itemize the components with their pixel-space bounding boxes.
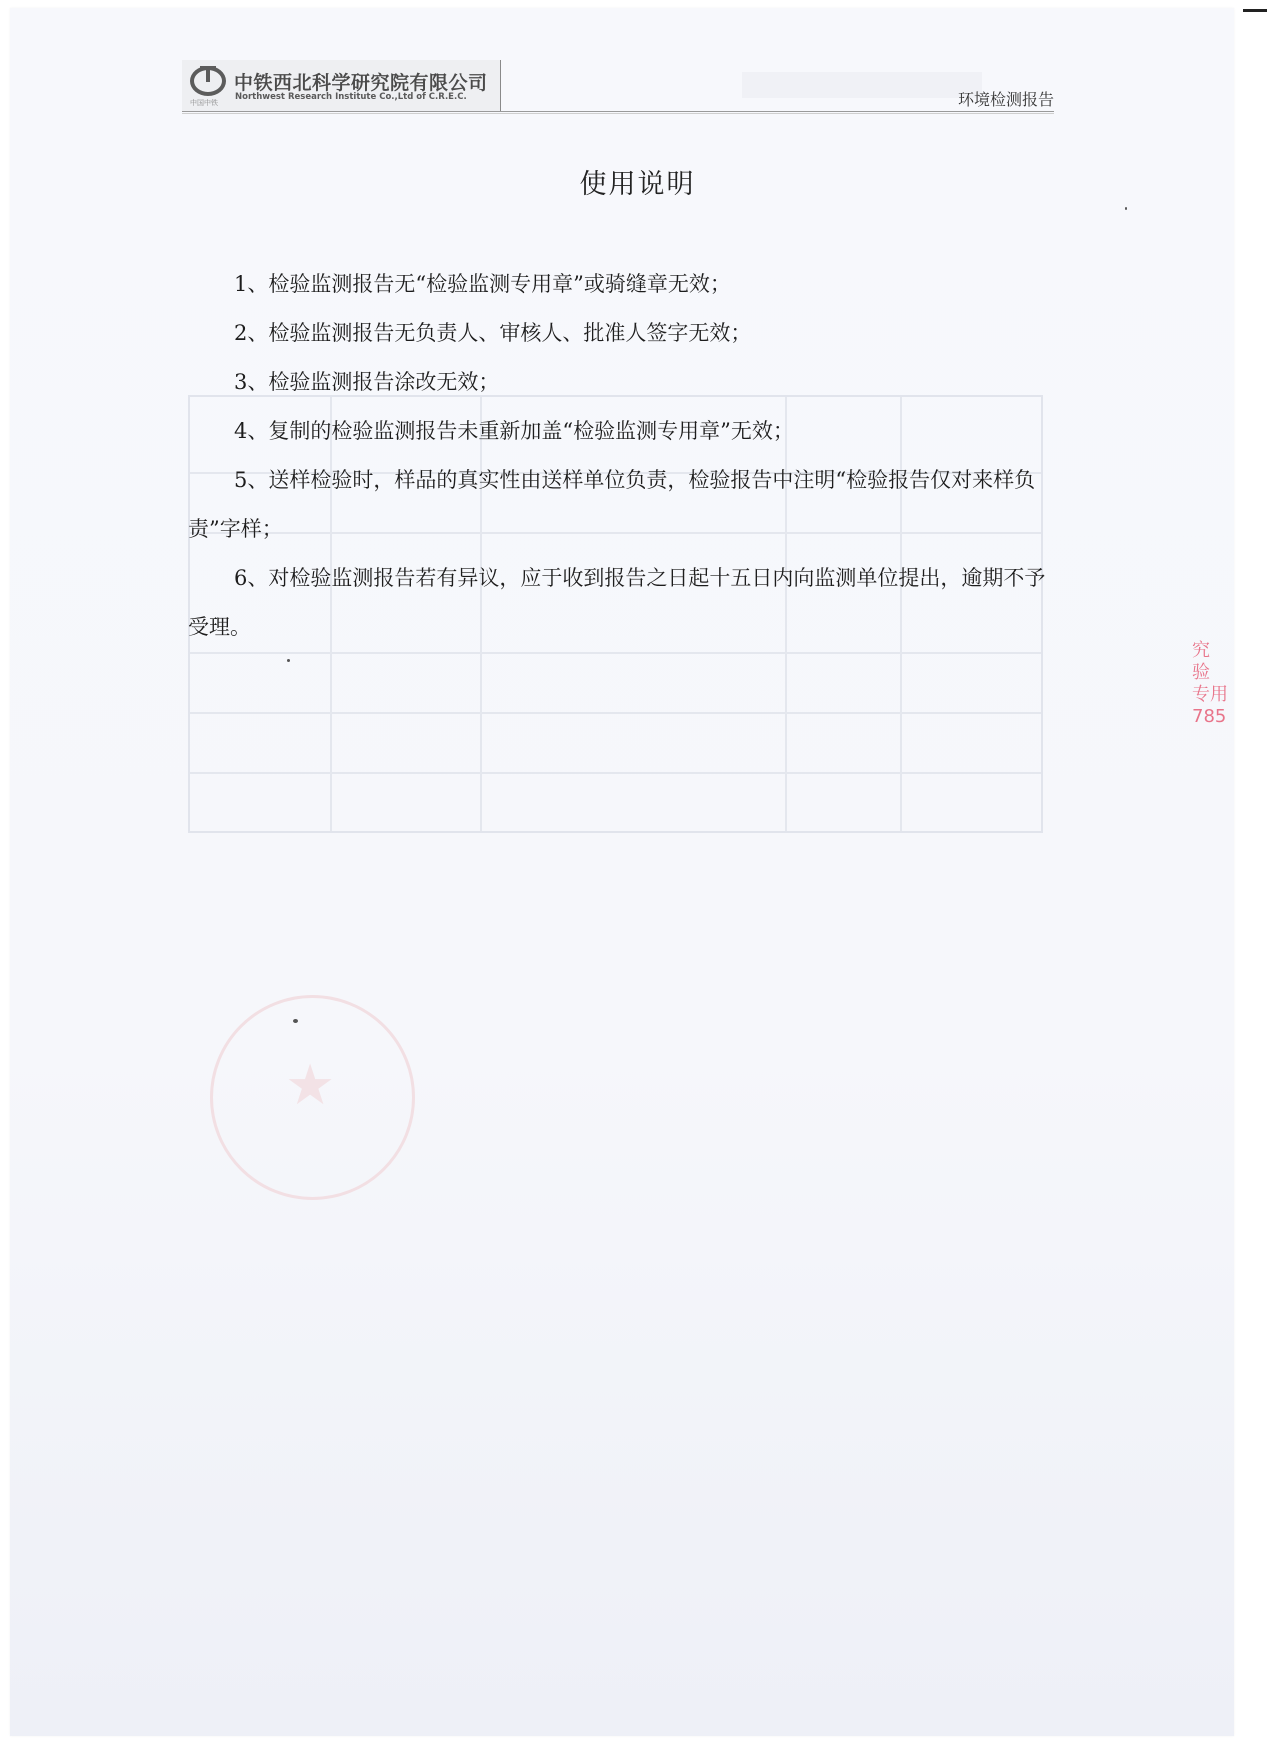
header-divider-thin — [182, 113, 1054, 114]
company-name-cn: 中铁西北科学研究院有限公司 — [234, 68, 488, 95]
scan-speck — [1125, 207, 1127, 210]
instruction-item: 4、复制的检验监测报告未重新加盖“检验监测专用章”无效； — [188, 407, 1050, 456]
instruction-item: 5、送样检验时，样品的真实性由送样单位负责，检验报告中注明“检验报告仅对来样负责… — [188, 456, 1050, 554]
seam-stamp-fragment: 究 验 专用 785 — [1192, 640, 1228, 728]
scan-edge-mark — [1243, 9, 1267, 12]
report-type-label: 环境检测报告 — [958, 87, 1054, 110]
logo-subtitle: 中国中铁 — [190, 98, 218, 108]
instruction-item: 3、检验监测报告涂改无效； — [188, 358, 1050, 407]
scan-speck — [287, 659, 290, 662]
company-name-en: Northwest Research Institute Co.,Ltd of … — [235, 92, 467, 102]
page-title: 使用说明 — [0, 162, 1275, 201]
usage-instructions: 1、检验监测报告无“检验监测专用章”或骑缝章无效； 2、检验监测报告无负责人、审… — [188, 260, 1050, 652]
instruction-item: 6、对检验监测报告若有异议，应于收到报告之日起十五日内向监测单位提出，逾期不予受… — [188, 554, 1050, 652]
scan-speck — [293, 1019, 298, 1023]
header-bleed-through — [742, 72, 982, 98]
instruction-item: 1、检验监测报告无“检验监测专用章”或骑缝章无效； — [188, 260, 1050, 309]
bleed-through-seal — [210, 995, 415, 1200]
header-divider — [182, 111, 1054, 112]
crec-logo-icon — [190, 66, 226, 96]
page-header: 中国中铁 中铁西北科学研究院有限公司 Northwest Research In… — [182, 60, 1054, 113]
instruction-item: 2、检验监测报告无负责人、审核人、批准人签字无效； — [188, 309, 1050, 358]
company-logo-block: 中国中铁 中铁西北科学研究院有限公司 Northwest Research In… — [182, 60, 501, 112]
